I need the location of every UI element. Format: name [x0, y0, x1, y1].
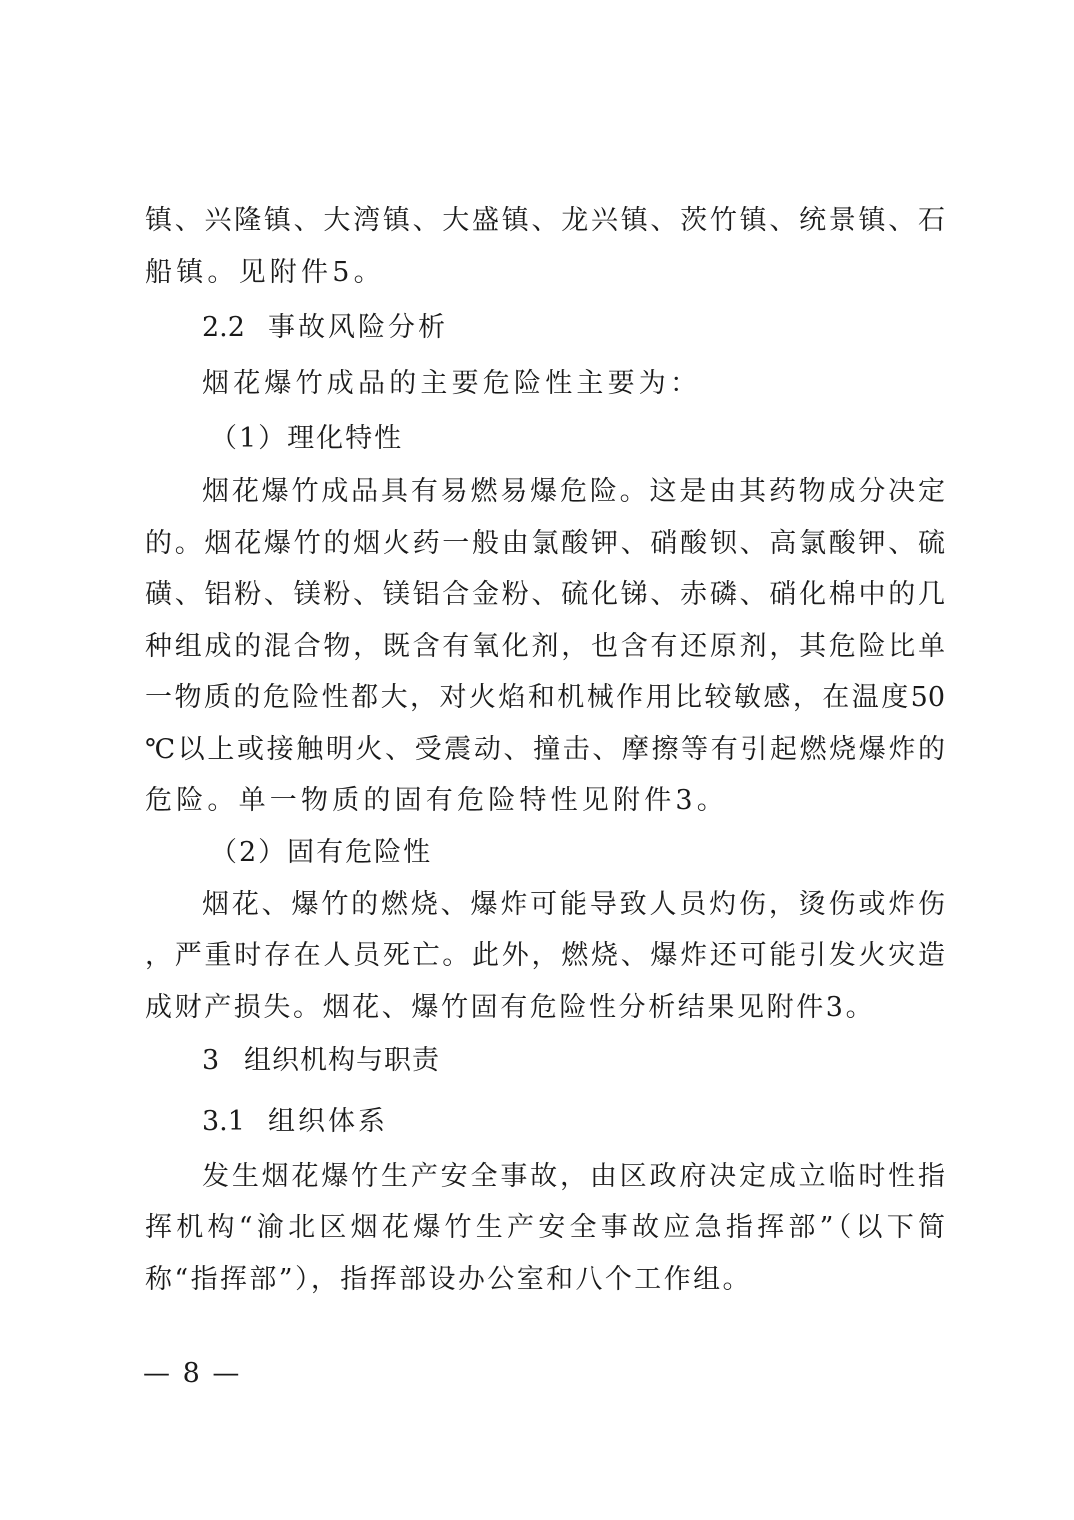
- paragraph-line: 发生烟花爆竹生产安全事故，由区政府决定成立临时性指: [202, 1159, 945, 1195]
- paragraph-line: ℃以上或接触明火、受震动、撞击、摩擦等有引起燃烧爆炸的: [145, 732, 945, 768]
- paragraph-line: 一物质的危险性都大，对火焰和机械作用比较敏感，在温度50: [145, 680, 945, 716]
- section-number: 3.1: [202, 1104, 268, 1140]
- paragraph-line: ，严重时存在人员死亡。此外，燃烧、爆炸还可能引发火灾造: [145, 938, 945, 974]
- paragraph-line: 危险。单一物质的固有危险特性见附件3。: [145, 783, 945, 819]
- section-number: 2.2: [202, 310, 268, 346]
- document-page: 镇、兴隆镇、大湾镇、大盛镇、龙兴镇、茨竹镇、统景镇、石 船镇。见附件5。 2.2…: [0, 0, 1074, 1520]
- paragraph-line: 的。烟花爆竹的烟火药一般由氯酸钾、硝酸钡、高氯酸钾、硫: [145, 526, 945, 562]
- paragraph-line: 种组成的混合物，既含有氧化剂，也含有还原剂，其危险比单: [145, 629, 945, 665]
- paragraph-line: 成财产损失。烟花、爆竹固有危险性分析结果见附件3。: [145, 990, 945, 1026]
- section-title: 事故风险分析: [268, 312, 448, 343]
- subsection-label: （1）理化特性: [210, 421, 1010, 457]
- section-heading-3-1: 3.1组织体系: [202, 1104, 1002, 1140]
- paragraph-line: 挥机构“渝北区烟花爆竹生产安全事故应急指挥部”（以下简: [145, 1210, 945, 1246]
- paragraph-line: 烟花爆竹成品的主要危险性主要为：: [202, 366, 1002, 402]
- subsection-label: （2）固有危险性: [210, 835, 1010, 871]
- paragraph-line: 称“指挥部”），指挥部设办公室和八个工作组。: [145, 1262, 945, 1298]
- chapter-title: 组织机构与职责: [244, 1045, 440, 1076]
- paragraph-line: 烟花爆竹成品具有易燃易爆危险。这是由其药物成分决定: [202, 474, 945, 510]
- paragraph-line: 烟花、爆竹的燃烧、爆炸可能导致人员灼伤，烫伤或炸伤: [202, 887, 945, 923]
- paragraph-line: 磺、铝粉、镁粉、镁铝合金粉、硫化锑、赤磷、硝化棉中的几: [145, 577, 945, 613]
- paragraph-line: 镇、兴隆镇、大湾镇、大盛镇、龙兴镇、茨竹镇、统景镇、石: [145, 203, 945, 239]
- section-heading-2-2: 2.2事故风险分析: [202, 310, 1002, 346]
- chapter-number: 3: [202, 1043, 244, 1079]
- chapter-heading-3: 3组织机构与职责: [202, 1043, 1002, 1079]
- paragraph-line: 船镇。见附件5。: [145, 255, 945, 291]
- page-number: — 8 —: [143, 1356, 241, 1392]
- section-title: 组织体系: [268, 1106, 388, 1137]
